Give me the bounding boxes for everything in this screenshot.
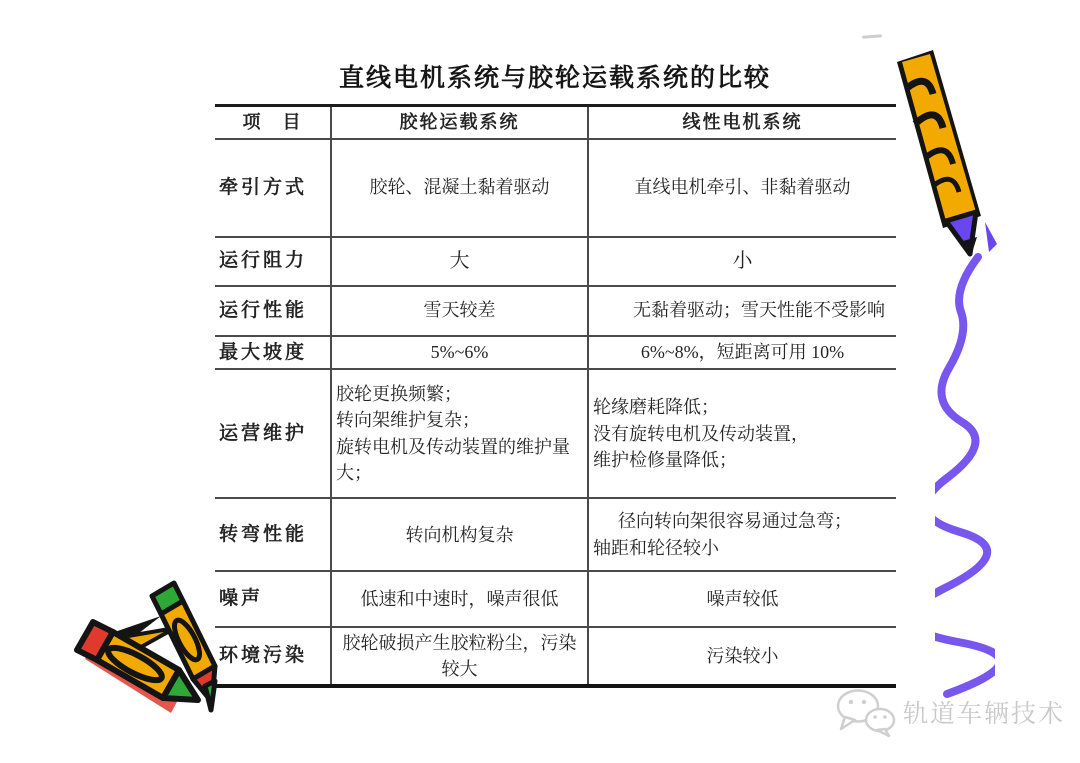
page-title: 直线电机系统与胶轮运载系统的比较 [215, 58, 895, 94]
header-linear-system: 线性电机系统 [588, 106, 896, 139]
table-row: 噪声 低速和中速时，噪声很低 噪声较低 [215, 571, 896, 627]
cell-rubber: 低速和中速时，噪声很低 [331, 571, 588, 627]
scan-artifact-dash [862, 34, 882, 38]
cell-linear: 污染较小 [588, 627, 896, 686]
cell-rubber: 雪天较差 [331, 286, 588, 336]
cell-rubber: 5%~6% [331, 336, 588, 370]
comparison-table: 项 目 胶轮运载系统 线性电机系统 牵引方式 胶轮、混凝土黏着驱动 直线电机牵引… [215, 104, 896, 688]
table-row: 牵引方式 胶轮、混凝土黏着驱动 直线电机牵引、非黏着驱动 [215, 139, 896, 237]
table-row: 运行性能 雪天较差 无黏着驱动；雪天性能不受影响 [215, 286, 896, 336]
cell-rubber: 大 [331, 237, 588, 286]
header-rubber-system: 胶轮运载系统 [331, 106, 588, 139]
row-label: 运行阻力 [215, 237, 331, 286]
cell-rubber: 胶轮、混凝土黏着驱动 [331, 139, 588, 237]
watermark: 轨道车辆技术 [833, 687, 1065, 737]
wechat-icon [833, 687, 897, 737]
crayons-icon [65, 578, 243, 730]
cell-rubber: 转向机构复杂 [331, 498, 588, 571]
row-label: 运行性能 [215, 286, 331, 336]
table-row: 运营维护 胶轮更换频繁； 转向架维护复杂； 旋转电机及传动装置的维护量大； 轮缘… [215, 369, 896, 498]
table-header-row: 项 目 胶轮运载系统 线性电机系统 [215, 106, 896, 139]
header-item: 项 目 [215, 106, 331, 139]
row-label: 最大坡度 [215, 336, 331, 370]
watermark-label: 轨道车辆技术 [903, 694, 1065, 730]
comparison-table-grid: 项 目 胶轮运载系统 线性电机系统 牵引方式 胶轮、混凝土黏着驱动 直线电机牵引… [215, 104, 896, 688]
cell-rubber: 胶轮更换频繁； 转向架维护复杂； 旋转电机及传动装置的维护量大； [331, 369, 588, 498]
pencil-icon [893, 46, 1013, 261]
cell-linear: 轮缘磨耗降低； 没有旋转电机及传动装置， 维护检修量降低； [588, 369, 896, 498]
cell-linear: 径向转向架很容易通过急弯； 轴距和轮径较小 [588, 498, 896, 571]
row-label: 牵引方式 [215, 139, 331, 237]
table-row: 运行阻力 大 小 [215, 237, 896, 286]
cell-linear: 无黏着驱动；雪天性能不受影响 [588, 286, 896, 336]
table-row: 转弯性能 转向机构复杂 径向转向架很容易通过急弯； 轴距和轮径较小 [215, 498, 896, 571]
cell-linear: 6%~8%，短距离可用 10% [588, 336, 896, 370]
wavy-line [935, 248, 995, 700]
cell-linear: 直线电机牵引、非黏着驱动 [588, 139, 896, 237]
row-label: 运营维护 [215, 369, 331, 498]
table-row: 最大坡度 5%~6% 6%~8%，短距离可用 10% [215, 336, 896, 370]
row-label: 转弯性能 [215, 498, 331, 571]
cell-linear: 噪声较低 [588, 571, 896, 627]
cell-rubber: 胶轮破损产生胶粒粉尘，污染较大 [331, 627, 588, 686]
table-row: 环境污染 胶轮破损产生胶粒粉尘，污染较大 污染较小 [215, 627, 896, 686]
cell-linear: 小 [588, 237, 896, 286]
slide-page: 直线电机系统与胶轮运载系统的比较 项 目 胶轮运载系统 线性电机系统 牵引方式 … [0, 0, 1080, 763]
